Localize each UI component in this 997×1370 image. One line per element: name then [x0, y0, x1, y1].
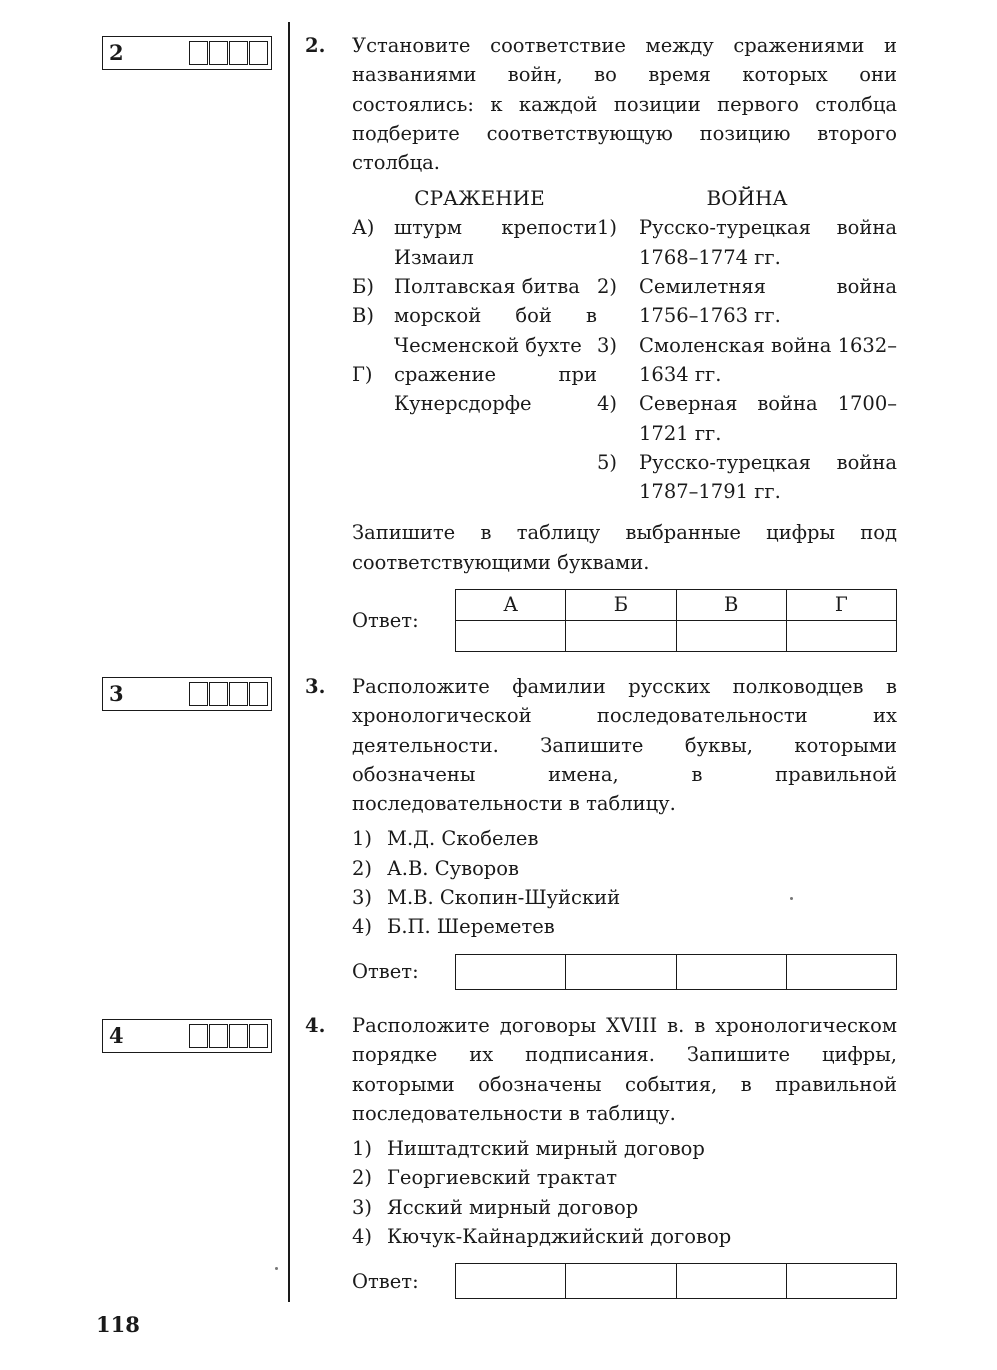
war-item: 1) Русско-турецкая война 1768–1774 гг. [597, 213, 897, 272]
task-3-prompt: Расположите фамилии русских полководцев … [352, 672, 897, 818]
battle-item: Б) Полтавская битва [352, 272, 597, 301]
answer-cell[interactable] [566, 954, 676, 989]
code-cell[interactable] [229, 1024, 248, 1048]
answer-header: А [456, 590, 566, 621]
battle-item: В) морской бой в Чесменской бухте [352, 301, 597, 360]
task-4-answer-table [455, 1263, 897, 1299]
answer-cell[interactable] [676, 954, 786, 989]
answer-cell[interactable] [786, 954, 896, 989]
answer-cell[interactable] [566, 1264, 676, 1299]
code-cell[interactable] [209, 41, 228, 65]
task-2-answer-table: А Б В Г [455, 589, 897, 652]
answer-cell[interactable] [456, 1264, 566, 1299]
wars-header: ВОЙНА [597, 183, 897, 213]
answer-cell[interactable] [676, 621, 786, 652]
code-cell[interactable] [189, 41, 208, 65]
task-2-code-cells [189, 41, 268, 65]
code-cell[interactable] [249, 682, 268, 706]
war-item: 5) Русско-турецкая война 1787–1791 гг. [597, 448, 897, 507]
task-3-code-cells [189, 682, 268, 706]
answer-cell[interactable] [676, 1264, 786, 1299]
list-item: 2) Георгиевский трактат [352, 1163, 897, 1192]
print-speck [275, 1267, 278, 1270]
war-item: 3) Смоленская война 1632–1634 гг. [597, 331, 897, 390]
task-3-answer: Ответ: [352, 954, 897, 990]
matching-columns: СРАЖЕНИЕ А) штурм крепости Измаил Б) Пол… [352, 183, 897, 506]
battles-column: СРАЖЕНИЕ А) штурм крепости Измаил Б) Пол… [352, 183, 597, 506]
code-cell[interactable] [229, 41, 248, 65]
task-4-code-cells [189, 1024, 268, 1048]
task-2-code-box: 2 [102, 36, 272, 70]
task-2-answer: Ответ: А Б В Г [352, 589, 897, 652]
code-cell[interactable] [249, 1024, 268, 1048]
answer-label: Ответ: [352, 606, 455, 635]
page-number: 118 [96, 1312, 140, 1337]
list-item: 4) Б.П. Шереметев [352, 912, 897, 941]
battle-item: Г) сражение при Кунерсдорфе [352, 360, 597, 419]
task-2-instruction: Запишите в таблицу выбранные цифры под с… [352, 518, 897, 577]
code-cell[interactable] [209, 682, 228, 706]
task-3-answer-table [455, 954, 897, 990]
task-4-code-box: 4 [102, 1019, 272, 1053]
commanders-list: 1) М.Д. Скобелев 2) А.В. Суворов 3) М.В.… [352, 824, 897, 941]
task-4: 4. Расположите договоры XVIII в. в хроно… [305, 1011, 897, 1299]
war-item: 4) Северная война 1700–1721 гг. [597, 389, 897, 448]
task-3: 3. Расположите фамилии русских полководц… [305, 672, 897, 990]
answer-label: Ответ: [352, 957, 455, 986]
list-item: 1) М.Д. Скобелев [352, 824, 897, 853]
code-cell[interactable] [209, 1024, 228, 1048]
answer-header: Б [566, 590, 676, 621]
war-item: 2) Семилетняя война 1756–1763 гг. [597, 272, 897, 331]
task-3-number: 3. [305, 672, 325, 701]
task-2: 2. Установите соответствие между сражени… [305, 31, 897, 652]
task-4-answer: Ответ: [352, 1263, 897, 1299]
answer-cell[interactable] [786, 621, 896, 652]
code-cell[interactable] [249, 41, 268, 65]
wars-column: ВОЙНА 1) Русско-турецкая война 1768–1774… [597, 183, 897, 506]
task-3-code-number: 3 [109, 681, 124, 706]
task-4-number: 4. [305, 1011, 325, 1040]
answer-label: Ответ: [352, 1267, 455, 1296]
list-item: 2) А.В. Суворов [352, 854, 897, 883]
margin-rule [288, 22, 290, 1302]
list-item: 3) Ясский мирный договор [352, 1193, 897, 1222]
task-2-prompt: Установите соответствие между сражениями… [352, 31, 897, 177]
list-item: 1) Ништадтский мирный договор [352, 1134, 897, 1163]
code-cell[interactable] [189, 682, 208, 706]
code-cell[interactable] [189, 1024, 208, 1048]
task-3-code-box: 3 [102, 677, 272, 711]
print-speck [790, 897, 793, 900]
task-4-prompt: Расположите договоры XVIII в. в хронолог… [352, 1011, 897, 1128]
treaties-list: 1) Ништадтский мирный договор 2) Георгие… [352, 1134, 897, 1251]
task-4-code-number: 4 [109, 1023, 124, 1048]
code-cell[interactable] [229, 682, 248, 706]
task-2-number: 2. [305, 31, 325, 60]
answer-cell[interactable] [566, 621, 676, 652]
list-item: 3) М.В. Скопин-Шуйский [352, 883, 897, 912]
answer-cell[interactable] [786, 1264, 896, 1299]
list-item: 4) Кючук-Кайнарджийский договор [352, 1222, 897, 1251]
battle-item: А) штурм крепости Измаил [352, 213, 597, 272]
answer-header: В [676, 590, 786, 621]
answer-cell[interactable] [456, 621, 566, 652]
task-2-code-number: 2 [109, 40, 124, 65]
answer-cell[interactable] [456, 954, 566, 989]
battles-header: СРАЖЕНИЕ [362, 183, 597, 213]
answer-header: Г [786, 590, 896, 621]
